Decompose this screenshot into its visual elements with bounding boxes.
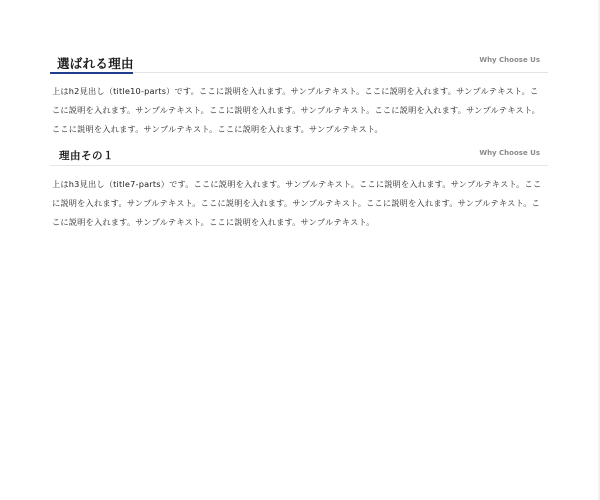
section-1-description: 上はh2見出し（title10-parts）です。ここに説明を入れます。サンプル… <box>50 82 548 139</box>
section-2-description: 上はh3見出し（title7-parts）です。ここに説明を入れます。サンプルテ… <box>50 175 548 232</box>
h2-heading: 選ばれる理由 Why Choose Us <box>50 50 548 73</box>
h3-heading: 理由その１ Why Choose Us <box>50 145 548 166</box>
h2-heading-subtitle: Why Choose Us <box>479 56 540 64</box>
h2-heading-accent-underline <box>50 72 133 74</box>
content-area: 選ばれる理由 Why Choose Us 上はh2見出し（title10-par… <box>50 50 548 232</box>
page: 選ばれる理由 Why Choose Us 上はh2見出し（title10-par… <box>0 0 598 500</box>
h3-heading-title: 理由その１ <box>59 148 114 163</box>
h3-heading-subtitle: Why Choose Us <box>479 149 540 157</box>
h2-heading-title: 選ばれる理由 <box>57 54 134 72</box>
